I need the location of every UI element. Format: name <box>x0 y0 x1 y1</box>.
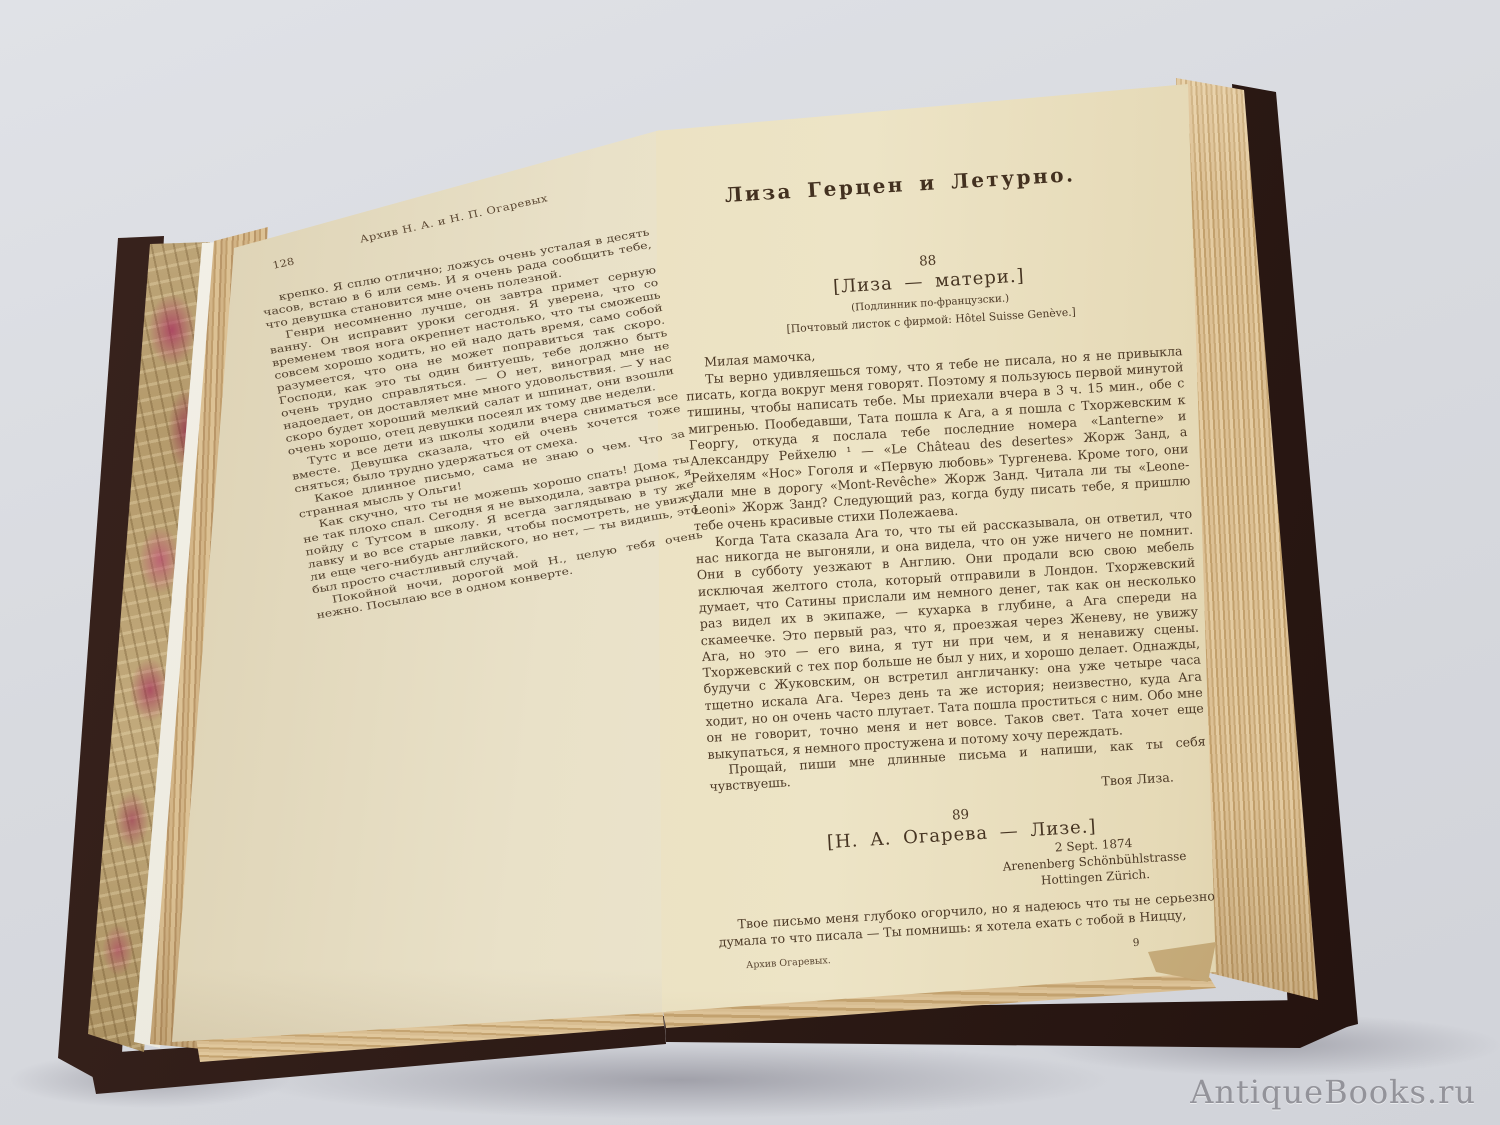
paragraph: Ты верно удивляешься тому, что я тебе не… <box>685 343 1192 535</box>
book-photo-scene: 128 Архив Н. А. и Н. П. Огаревых крепко.… <box>0 0 1500 1125</box>
right-page-text: Лиза Герцен и Летурно. 88 [Лиза — матери… <box>674 160 1218 975</box>
left-page-text: крепко. Я сплю отлично; ложусь очень уст… <box>260 226 706 622</box>
paragraph: Когда Тата сказала Ага то, что ты ей рас… <box>695 506 1206 763</box>
watermark: AntiqueBooks.ru <box>1190 1073 1476 1111</box>
